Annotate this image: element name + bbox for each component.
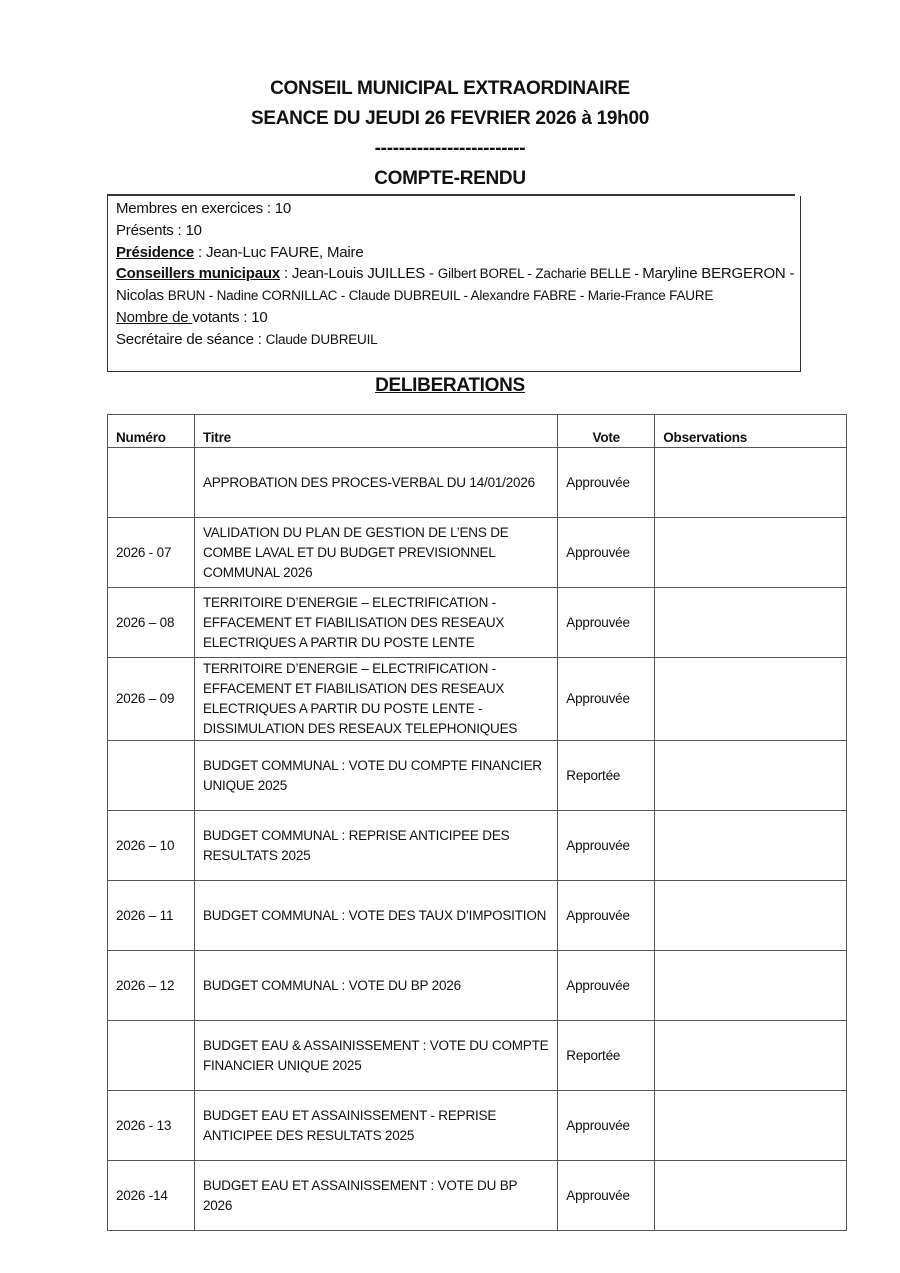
members-count: Membres en exercices : 10 <box>116 198 800 220</box>
row-titre: TERRITOIRE D’ENERGIE – ELECTRIFICATION -… <box>194 658 557 741</box>
row-numero: 2026 – 12 <box>108 951 195 1021</box>
table-row: 2026 – 11BUDGET COMMUNAL : VOTE DES TAUX… <box>108 881 847 951</box>
table-row: 2026 - 07VALIDATION DU PLAN DE GESTION D… <box>108 518 847 588</box>
row-vote: Approuvée <box>558 951 655 1021</box>
voters-count: votants : 10 <box>192 309 267 326</box>
row-numero <box>108 741 195 811</box>
column-header-observations: Observations <box>655 415 847 448</box>
presidence-value: : Jean-Luc FAURE, Maire <box>194 244 363 261</box>
row-vote: Approuvée <box>558 518 655 588</box>
row-observations <box>655 1091 847 1161</box>
row-vote: Reportée <box>558 1021 655 1091</box>
row-vote: Approuvée <box>558 1091 655 1161</box>
deliberations-heading: DELIBERATIONS <box>0 375 900 397</box>
councillors-names-1: : Jean-Louis JUILLES - <box>280 265 438 282</box>
row-titre: TERRITOIRE D’ENERGIE – ELECTRIFICATION -… <box>194 588 557 658</box>
row-titre: BUDGET COMMUNAL : VOTE DU COMPTE FINANCI… <box>194 741 557 811</box>
column-header-numero: Numéro <box>108 415 195 448</box>
row-numero: 2026 - 07 <box>108 518 195 588</box>
title-separator: ------------------------- <box>0 138 900 160</box>
row-observations <box>655 741 847 811</box>
secretary-label: Secrétaire de séance : <box>116 331 266 348</box>
table-row: 2026 – 10BUDGET COMMUNAL : REPRISE ANTIC… <box>108 811 847 881</box>
present-count: Présents : 10 <box>116 220 800 242</box>
row-titre: BUDGET EAU ET ASSAINISSEMENT : VOTE DU B… <box>194 1161 557 1231</box>
table-row: 2026 – 12BUDGET COMMUNAL : VOTE DU BP 20… <box>108 951 847 1021</box>
row-observations <box>655 448 847 518</box>
report-heading: COMPTE-RENDU <box>0 168 900 190</box>
row-observations <box>655 881 847 951</box>
row-numero: 2026 - 13 <box>108 1091 195 1161</box>
row-numero: 2026 -14 <box>108 1161 195 1231</box>
voters-label-underlined: Nombre de <box>116 309 192 326</box>
row-vote: Approuvée <box>558 448 655 518</box>
table-row: 2026 - 13BUDGET EAU ET ASSAINISSEMENT - … <box>108 1091 847 1161</box>
deliberations-table: Numéro Titre Vote Observations APPROBATI… <box>107 414 847 1231</box>
row-titre: BUDGET COMMUNAL : REPRISE ANTICIPEE DES … <box>194 811 557 881</box>
secretary-name: Claude DUBREUIL <box>266 332 378 347</box>
row-numero: 2026 – 11 <box>108 881 195 951</box>
row-numero <box>108 448 195 518</box>
table-row: 2026 -14BUDGET EAU ET ASSAINISSEMENT : V… <box>108 1161 847 1231</box>
row-numero: 2026 – 09 <box>108 658 195 741</box>
attendance-box: Membres en exercices : 10 Présents : 10 … <box>107 196 801 372</box>
row-observations <box>655 518 847 588</box>
table-row: APPROBATION DES PROCES-VERBAL DU 14/01/2… <box>108 448 847 518</box>
row-vote: Approuvée <box>558 881 655 951</box>
voters-line: Nombre de votants : 10 <box>116 307 800 329</box>
row-titre: VALIDATION DU PLAN DE GESTION DE L’ENS D… <box>194 518 557 588</box>
row-numero: 2026 – 08 <box>108 588 195 658</box>
table-row: BUDGET EAU & ASSAINISSEMENT : VOTE DU CO… <box>108 1021 847 1091</box>
councillors-names-4: BRUN - Nadine CORNILLAC - Claude DUBREUI… <box>168 288 713 303</box>
row-observations <box>655 1021 847 1091</box>
row-titre: BUDGET COMMUNAL : VOTE DU BP 2026 <box>194 951 557 1021</box>
session-date: SEANCE DU JEUDI 26 FEVRIER 2026 à 19h00 <box>0 108 900 130</box>
councillors-line: Conseillers municipaux : Jean-Louis JUIL… <box>116 263 800 307</box>
row-observations <box>655 1161 847 1231</box>
row-observations <box>655 588 847 658</box>
presidence-line: Présidence : Jean-Luc FAURE, Maire <box>116 242 800 264</box>
row-observations <box>655 811 847 881</box>
row-titre: APPROBATION DES PROCES-VERBAL DU 14/01/2… <box>194 448 557 518</box>
secretary-line: Secrétaire de séance : Claude DUBREUIL <box>116 329 800 351</box>
row-vote: Approuvée <box>558 658 655 741</box>
document-title: CONSEIL MUNICIPAL EXTRAORDINAIRE <box>0 78 900 100</box>
row-observations <box>655 658 847 741</box>
row-vote: Approuvée <box>558 811 655 881</box>
column-header-titre: Titre <box>194 415 557 448</box>
row-vote: Approuvée <box>558 588 655 658</box>
row-titre: BUDGET EAU & ASSAINISSEMENT : VOTE DU CO… <box>194 1021 557 1091</box>
row-observations <box>655 951 847 1021</box>
table-row: 2026 – 09TERRITOIRE D’ENERGIE – ELECTRIF… <box>108 658 847 741</box>
row-titre: BUDGET EAU ET ASSAINISSEMENT - REPRISE A… <box>194 1091 557 1161</box>
presidence-label: Présidence <box>116 244 194 261</box>
row-numero <box>108 1021 195 1091</box>
row-vote: Reportée <box>558 741 655 811</box>
table-row: 2026 – 08TERRITOIRE D’ENERGIE – ELECTRIF… <box>108 588 847 658</box>
councillors-names-2: Gilbert BOREL - Zacharie BELLE - <box>438 266 642 281</box>
councillors-label: Conseillers municipaux <box>116 265 280 282</box>
row-titre: BUDGET COMMUNAL : VOTE DES TAUX D’IMPOSI… <box>194 881 557 951</box>
row-vote: Approuvée <box>558 1161 655 1231</box>
row-numero: 2026 – 10 <box>108 811 195 881</box>
column-header-vote: Vote <box>558 415 655 448</box>
table-header-row: Numéro Titre Vote Observations <box>108 415 847 448</box>
table-row: BUDGET COMMUNAL : VOTE DU COMPTE FINANCI… <box>108 741 847 811</box>
